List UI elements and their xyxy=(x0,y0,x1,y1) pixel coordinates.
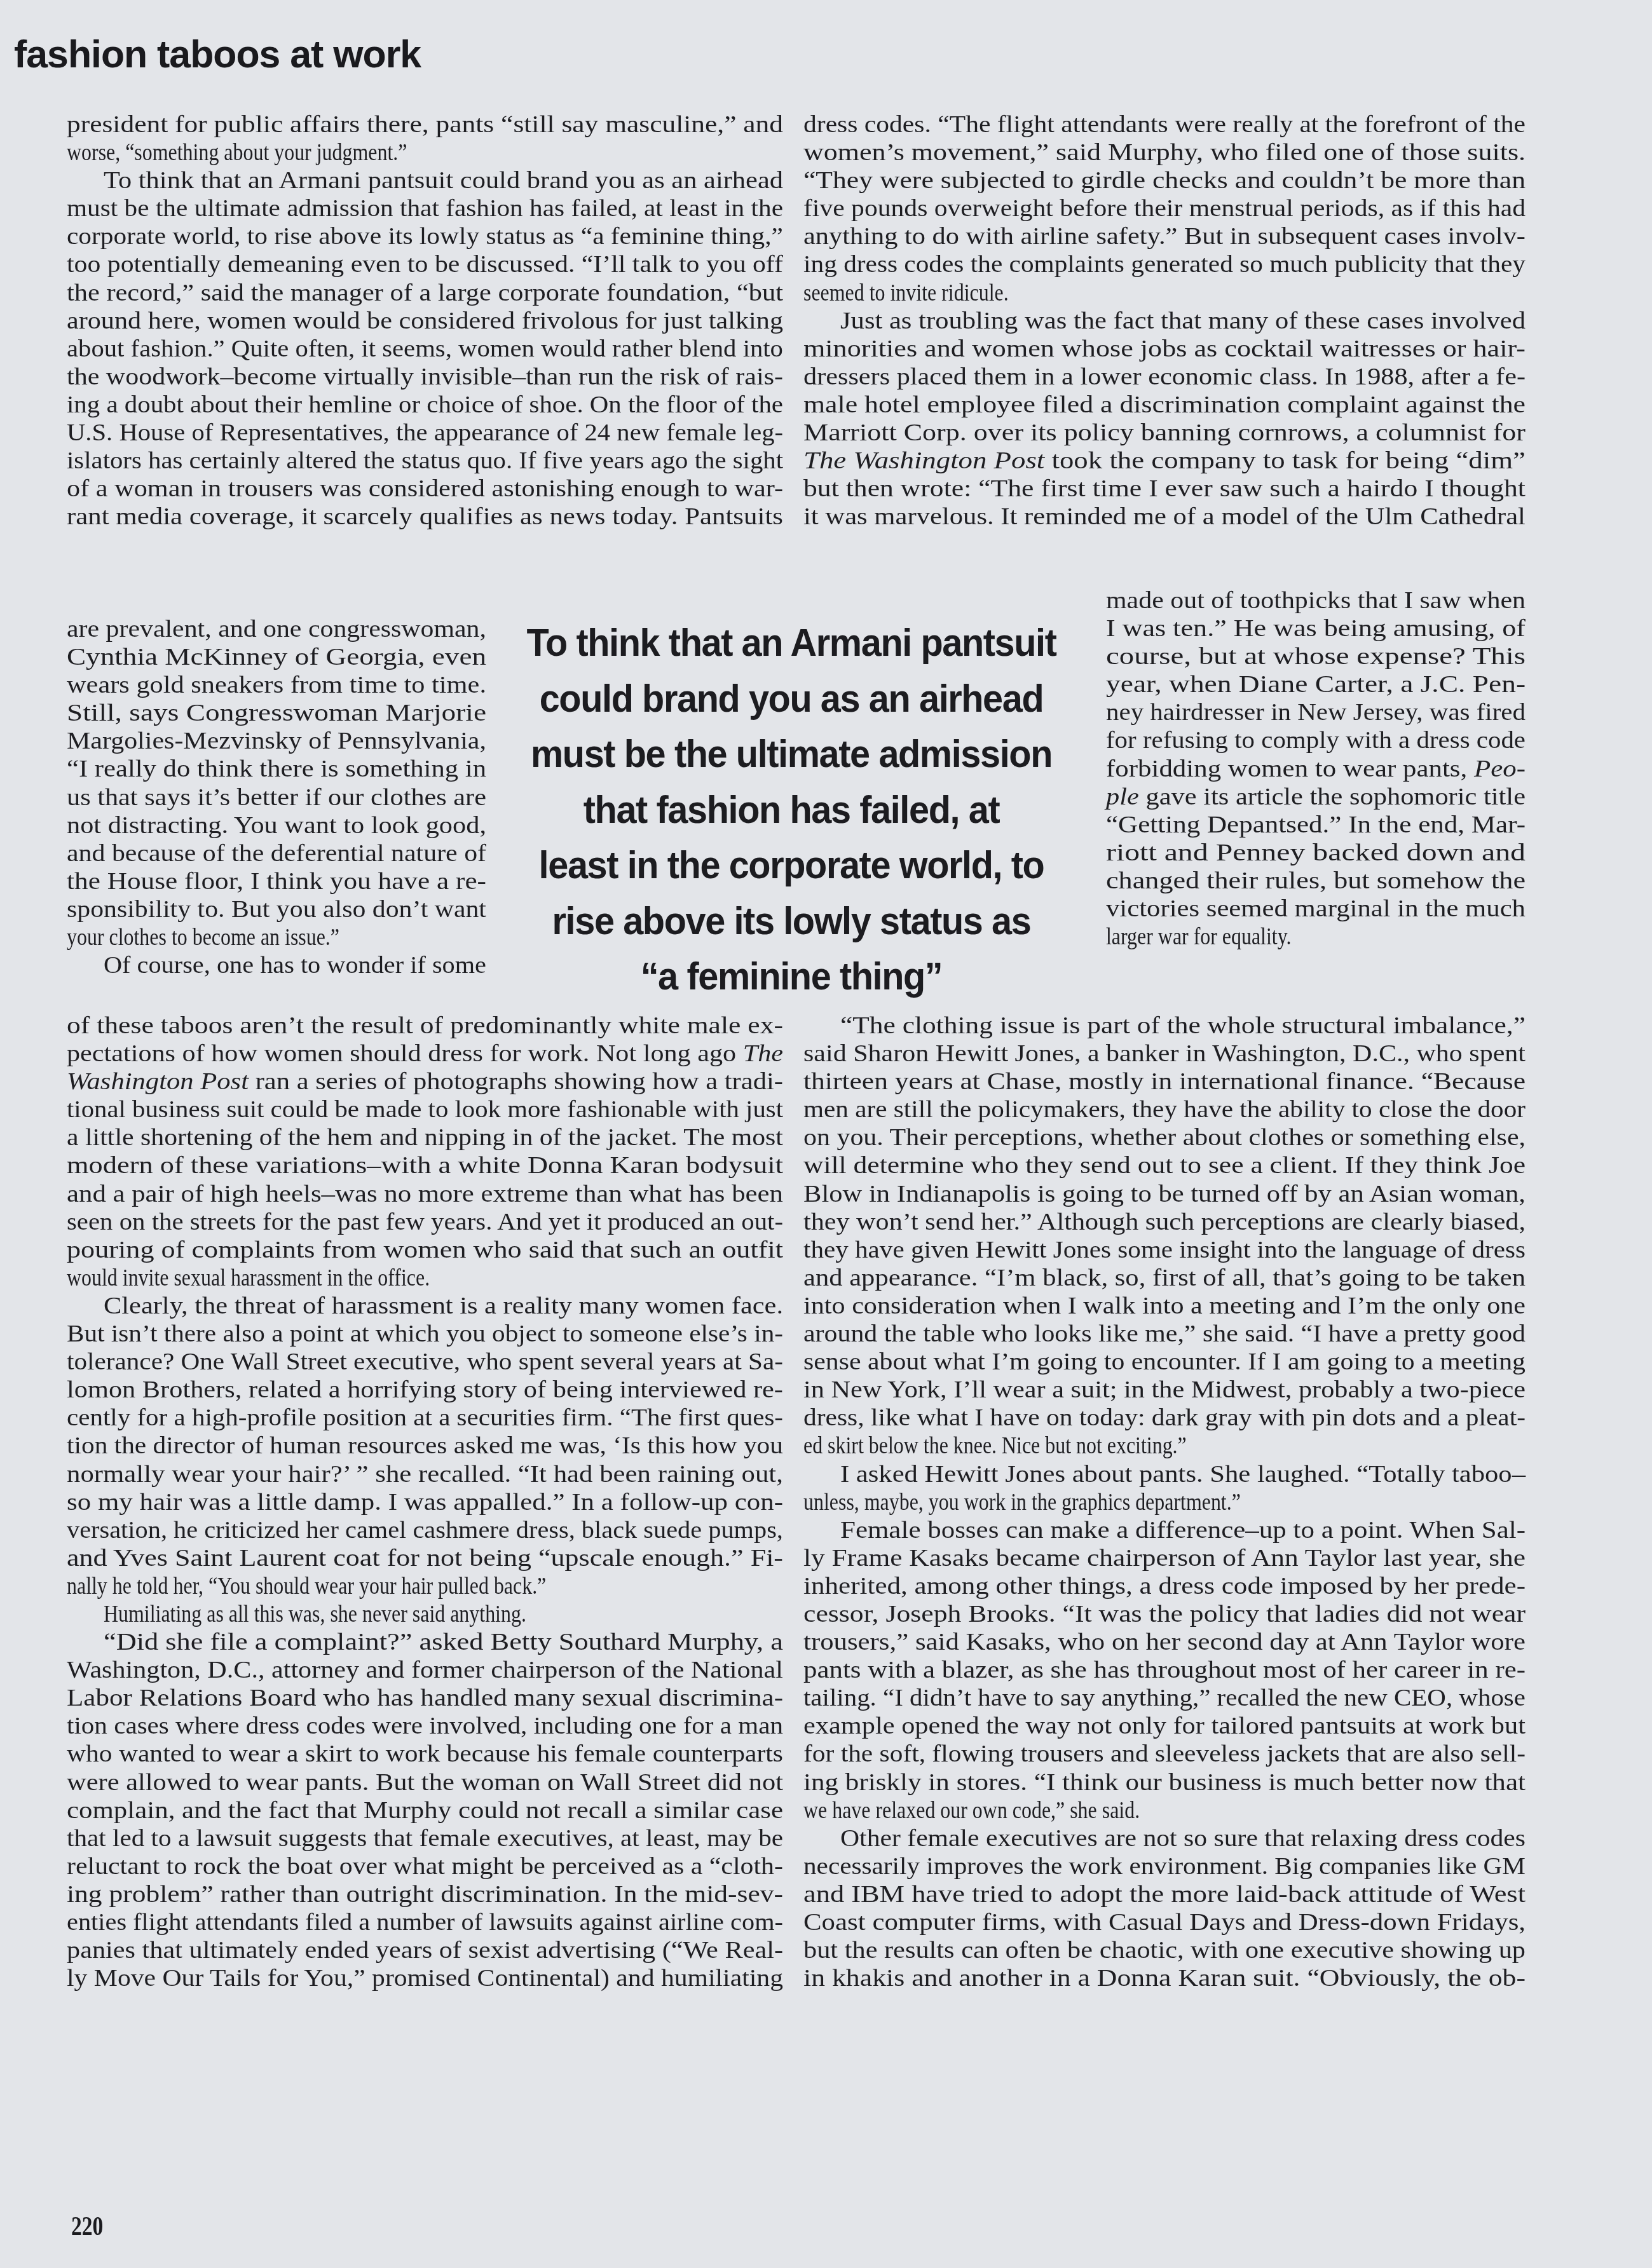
text-line: But isn’t there also a point at which yo… xyxy=(67,1320,783,1348)
text-line: I asked Hewitt Jones about pants. She la… xyxy=(803,1460,1526,1488)
text-line: example opened the way not only for tail… xyxy=(803,1712,1526,1740)
text-line: Clearly, the threat of harassment is a r… xyxy=(67,1292,783,1320)
text-line: would invite sexual harassment in the of… xyxy=(67,1264,783,1292)
text-line: victories seemed marginal in the much xyxy=(1106,895,1526,923)
text-line: dressers placed them in a lower economic… xyxy=(803,363,1526,391)
text-line: ple gave its article the sophomoric titl… xyxy=(1106,783,1526,811)
text-line: Washington, D.C., attorney and former ch… xyxy=(67,1656,783,1684)
text-line: must be the ultimate admission that fash… xyxy=(67,194,783,222)
text-line: complain, and the fact that Murphy could… xyxy=(67,1796,783,1824)
text-line: changed their rules, but somehow the xyxy=(1106,867,1526,895)
text-line: corporate world, to rise above its lowly… xyxy=(67,222,783,250)
text-line: for the soft, flowing trousers and sleev… xyxy=(803,1740,1526,1768)
left-column-narrow: are prevalent, and one congresswoman,Cyn… xyxy=(67,615,486,979)
text-line: tion the director of human resources ask… xyxy=(67,1432,783,1460)
text-line: a little shortening of the hem and nippi… xyxy=(67,1124,783,1151)
text-line: larger war for equality. xyxy=(1106,923,1526,951)
text-line: made out of toothpicks that I saw when xyxy=(1106,587,1526,615)
text-line: ing briskly in stores. “I think our busi… xyxy=(803,1769,1526,1796)
text-line: rant media coverage, it scarcely qualifi… xyxy=(67,503,783,531)
text-line: Just as troubling was the fact that many… xyxy=(803,307,1526,335)
text-line: we have relaxed our own code,” she said. xyxy=(803,1796,1526,1824)
text-line: the House floor, I think you have a re- xyxy=(67,867,486,895)
text-line: of a woman in trousers was considered as… xyxy=(67,475,783,503)
text-line: islators has certainly altered the statu… xyxy=(67,447,783,475)
right-column-narrow: made out of toothpicks that I saw whenI … xyxy=(1106,587,1526,951)
pull-quote-line: least in the corporate world, to xyxy=(510,838,1072,893)
text-line: dress codes. “The flight attendants were… xyxy=(803,111,1526,139)
text-line: Blow in Indianapolis is going to be turn… xyxy=(803,1180,1526,1208)
text-line: course, but at whose expense? This xyxy=(1106,642,1526,670)
text-line: To think that an Armani pantsuit could b… xyxy=(67,166,783,194)
text-line: ney hairdresser in New Jersey, was fired xyxy=(1106,698,1526,726)
text-line: U.S. House of Representatives, the appea… xyxy=(67,419,783,447)
text-line: “Did she file a complaint?” asked Betty … xyxy=(67,1628,783,1656)
text-line: modern of these variations–with a white … xyxy=(67,1151,783,1179)
text-line: and appearance. “I’m black, so, first of… xyxy=(803,1264,1526,1292)
text-line: the woodwork–become virtually invisible–… xyxy=(67,363,783,391)
text-line: of these taboos aren’t the result of pre… xyxy=(67,1012,783,1040)
text-line: on you. Their perceptions, whether about… xyxy=(803,1124,1526,1151)
text-line: I was ten.” He was being amusing, of xyxy=(1106,615,1526,642)
text-line: ing a doubt about their hemline or choic… xyxy=(67,391,783,419)
pull-quote-line: could brand you as an airhead xyxy=(510,671,1072,727)
text-line: trousers,” said Kasaks, who on her secon… xyxy=(803,1628,1526,1656)
text-line: pouring of complaints from women who sai… xyxy=(67,1236,783,1264)
text-line: pectations of how women should dress for… xyxy=(67,1040,783,1068)
text-line: in khakis and another in a Donna Karan s… xyxy=(803,1964,1526,1992)
text-line: ing problem” rather than outright discri… xyxy=(67,1880,783,1908)
pull-quote: To think that an Armani pantsuit could b… xyxy=(489,615,1093,1005)
text-line: “Getting Depantsed.” In the end, Mar- xyxy=(1106,811,1526,839)
text-line: Coast computer firms, with Casual Days a… xyxy=(803,1908,1526,1936)
right-column-top: dress codes. “The flight attendants were… xyxy=(803,111,1526,531)
pull-quote-line: that fashion has failed, at xyxy=(510,782,1072,838)
text-line: tional business suit could be made to lo… xyxy=(67,1096,783,1124)
text-line: pants with a blazer, as she has througho… xyxy=(803,1656,1526,1684)
text-line: tion cases where dress codes were involv… xyxy=(67,1712,783,1740)
text-line: The Washington Post took the company to … xyxy=(803,447,1526,475)
text-line: necessarily improves the work environmen… xyxy=(803,1852,1526,1880)
pull-quote-line: To think that an Armani pantsuit xyxy=(510,615,1072,671)
text-line: cessor, Joseph Brooks. “It was the polic… xyxy=(803,1600,1526,1628)
text-line: who wanted to wear a skirt to work becau… xyxy=(67,1740,783,1768)
text-line: in New York, I’ll wear a suit; in the Mi… xyxy=(803,1376,1526,1404)
text-line: women’s movement,” said Murphy, who file… xyxy=(803,139,1526,166)
pull-quote-line: must be the ultimate admission xyxy=(510,726,1072,782)
text-line: so my hair was a little damp. I was appa… xyxy=(67,1488,783,1516)
text-line: they have given Hewitt Jones some insigh… xyxy=(803,1236,1526,1264)
text-line: they won’t send her.” Although such perc… xyxy=(803,1208,1526,1236)
text-line: minorities and women whose jobs as cockt… xyxy=(803,335,1526,363)
text-line: and IBM have tried to adopt the more lai… xyxy=(803,1880,1526,1908)
text-line: Washington Post ran a series of photogra… xyxy=(67,1068,783,1096)
text-line: unless, maybe, you work in the graphics … xyxy=(803,1488,1526,1516)
text-line: inherited, among other things, a dress c… xyxy=(803,1572,1526,1600)
text-line: Female bosses can make a difference–up t… xyxy=(803,1516,1526,1544)
text-line: wears gold sneakers from time to time. xyxy=(67,671,486,699)
text-line: riott and Penney backed down and xyxy=(1106,839,1526,867)
text-line: five pounds overweight before their mens… xyxy=(803,194,1526,222)
text-line: were allowed to wear pants. But the woma… xyxy=(67,1769,783,1796)
section-title: fashion taboos at work xyxy=(14,32,421,77)
text-line: cently for a high-profile position at a … xyxy=(67,1404,783,1432)
text-line: dress, like what I have on today: dark g… xyxy=(803,1404,1526,1432)
text-line: said Sharon Hewitt Jones, a banker in Wa… xyxy=(803,1040,1526,1068)
text-line: “They were subjected to girdle checks an… xyxy=(803,166,1526,194)
text-line: nally he told her, “You should wear your… xyxy=(67,1572,783,1600)
text-line: lomon Brothers, related a horrifying sto… xyxy=(67,1376,783,1404)
text-line: Cynthia McKinney of Georgia, even xyxy=(67,643,486,671)
text-line: tolerance? One Wall Street executive, wh… xyxy=(67,1348,783,1376)
text-line: Marriott Corp. over its policy banning c… xyxy=(803,419,1526,447)
text-line: seemed to invite ridicule. xyxy=(803,279,1526,307)
text-line: too potentially demeaning even to be dis… xyxy=(67,250,783,278)
pull-quote-line: rise above its lowly status as xyxy=(510,893,1072,949)
left-column-top: president for public affairs there, pant… xyxy=(67,111,783,531)
text-line: Other female executives are not so sure … xyxy=(803,1824,1526,1852)
page-number: 220 xyxy=(71,2211,103,2242)
text-line: sense about what I’m going to encounter.… xyxy=(803,1348,1526,1376)
text-line: into consideration when I walk into a me… xyxy=(803,1292,1526,1320)
text-line: sponsibility to. But you also don’t want xyxy=(67,895,486,923)
text-line: but the results can often be chaotic, wi… xyxy=(803,1936,1526,1964)
text-line: reluctant to rock the boat over what mig… xyxy=(67,1852,783,1880)
text-line: that led to a lawsuit suggests that fema… xyxy=(67,1824,783,1852)
text-line: Margolies-Mezvinsky of Pennsylvania, xyxy=(67,727,486,755)
text-line: Humiliating as all this was, she never s… xyxy=(67,1600,783,1628)
text-line: male hotel employee filed a discriminati… xyxy=(803,391,1526,419)
text-line: Of course, one has to wonder if some xyxy=(67,951,486,979)
text-line: will determine who they send out to see … xyxy=(803,1151,1526,1179)
text-line: normally wear your hair?’ ” she recalled… xyxy=(67,1460,783,1488)
left-column-bottom: of these taboos aren’t the result of pre… xyxy=(67,1012,783,1992)
text-line: ly Move Our Tails for You,” promised Con… xyxy=(67,1964,783,1992)
text-line: around the table who looks like me,” she… xyxy=(803,1320,1526,1348)
text-line: are prevalent, and one congresswoman, xyxy=(67,615,486,643)
text-line: ed skirt below the knee. Nice but not ex… xyxy=(803,1432,1526,1460)
text-line: thirteen years at Chase, mostly in inter… xyxy=(803,1068,1526,1096)
text-line: it was marvelous. It reminded me of a mo… xyxy=(803,503,1526,531)
text-line: year, when Diane Carter, a J.C. Pen- xyxy=(1106,670,1526,698)
text-line: about fashion.” Quite often, it seems, w… xyxy=(67,335,783,363)
text-line: and because of the deferential nature of xyxy=(67,839,486,867)
text-line: men are still the policymakers, they hav… xyxy=(803,1096,1526,1124)
text-line: panies that ultimately ended years of se… xyxy=(67,1936,783,1964)
text-line: worse, “something about your judgment.” xyxy=(67,139,783,166)
text-line: but then wrote: “The first time I ever s… xyxy=(803,475,1526,503)
text-line: Still, says Congresswoman Marjorie xyxy=(67,699,486,727)
text-line: your clothes to become an issue.” xyxy=(67,923,486,951)
text-line: president for public affairs there, pant… xyxy=(67,111,783,139)
text-line: the record,” said the manager of a large… xyxy=(67,279,783,307)
text-line: for refusing to comply with a dress code xyxy=(1106,726,1526,754)
text-line: enties flight attendants filed a number … xyxy=(67,1908,783,1936)
text-line: and a pair of high heels–was no more ext… xyxy=(67,1180,783,1208)
text-line: seen on the streets for the past few yea… xyxy=(67,1208,783,1236)
text-line: tailing. “I didn’t have to say anything,… xyxy=(803,1684,1526,1712)
text-line: around here, women would be considered f… xyxy=(67,307,783,335)
text-line: Labor Relations Board who has handled ma… xyxy=(67,1684,783,1712)
text-line: ing dress codes the complaints generated… xyxy=(803,250,1526,278)
text-line: versation, he criticized her camel cashm… xyxy=(67,1516,783,1544)
text-line: and Yves Saint Laurent coat for not bein… xyxy=(67,1544,783,1572)
text-line: not distracting. You want to look good, xyxy=(67,811,486,839)
text-line: anything to do with airline safety.” But… xyxy=(803,222,1526,250)
text-line: us that says it’s better if our clothes … xyxy=(67,784,486,811)
text-line: “I really do think there is something in xyxy=(67,755,486,783)
text-line: forbidding women to wear pants, Peo- xyxy=(1106,755,1526,783)
right-column-bottom: “The clothing issue is part of the whole… xyxy=(803,1012,1526,1992)
text-line: “The clothing issue is part of the whole… xyxy=(803,1012,1526,1040)
text-line: ly Frame Kasaks became chairperson of An… xyxy=(803,1544,1526,1572)
pull-quote-line: “a feminine thing” xyxy=(510,949,1072,1005)
